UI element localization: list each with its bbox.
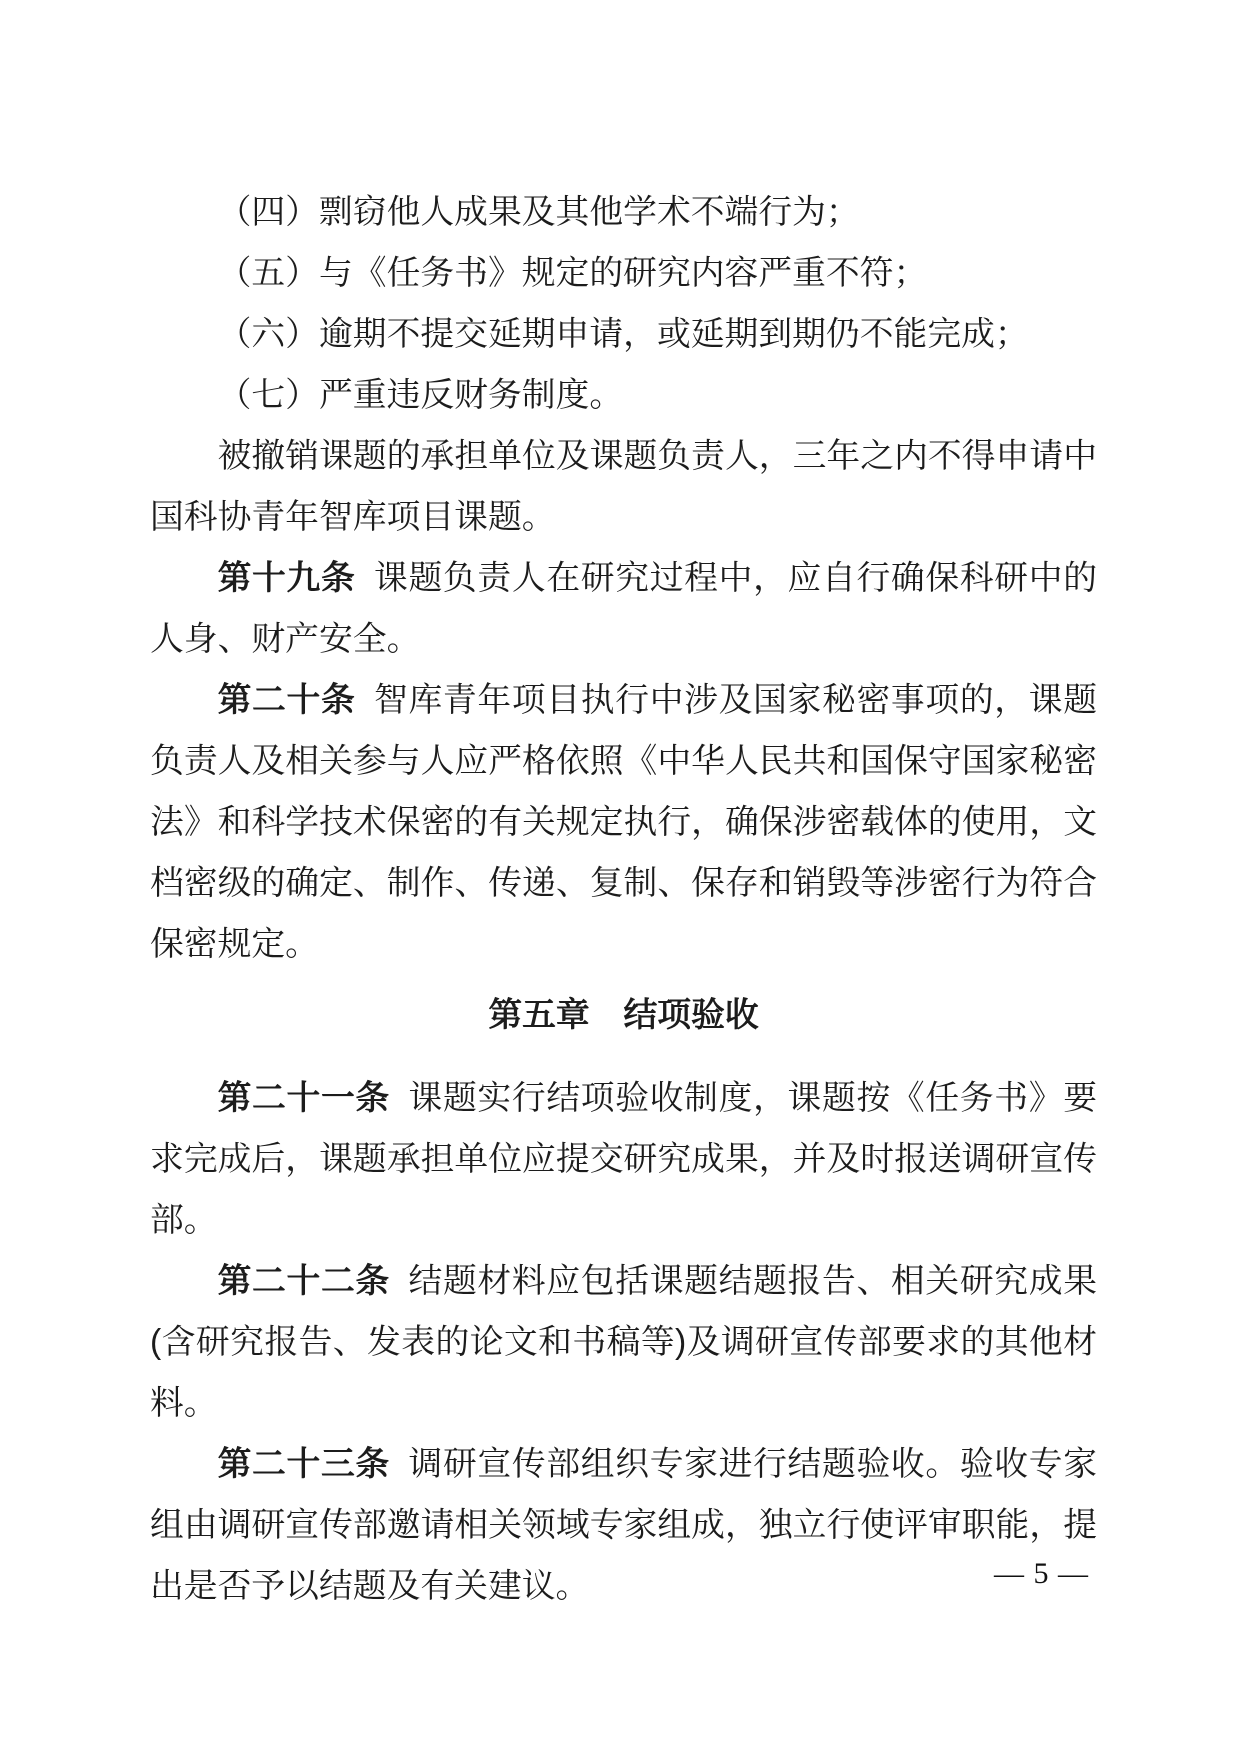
document-page: （四）剽窃他人成果及其他学术不端行为；（五）与《任务书》规定的研究内容严重不符；… (0, 0, 1241, 1754)
body-paragraph: 被撤销课题的承担单位及课题负责人，三年之内不得申请中国科协青年智库项目课题。 (150, 426, 1097, 548)
clause-paragraph: （四）剽窃他人成果及其他学术不端行为； (150, 182, 1097, 243)
clause-paragraph: （五）与《任务书》规定的研究内容严重不符； (150, 243, 1097, 304)
chapter-heading: 第五章 结项验收 (150, 985, 1097, 1046)
document-body: （四）剽窃他人成果及其他学术不端行为；（五）与《任务书》规定的研究内容严重不符；… (150, 182, 1097, 1617)
article-paragraph: 第二十一条课题实行结项验收制度，课题按《任务书》要求完成后，课题承担单位应提交研… (150, 1068, 1097, 1251)
article-number-label: 第二十三条 (218, 1445, 390, 1483)
article-paragraph: 第二十三条调研宣传部组织专家进行结题验收。验收专家组由调研宣传部邀请相关领域专家… (150, 1434, 1097, 1617)
paragraph-text: 智库青年项目执行中涉及国家秘密事项的，课题负责人及相关参与人应严格依照《中华人民… (150, 681, 1097, 963)
paragraph-text: （五）与《任务书》规定的研究内容严重不符； (218, 254, 928, 292)
article-paragraph: 第二十二条结题材料应包括课题结题报告、相关研究成果(含研究报告、发表的论文和书稿… (150, 1251, 1097, 1434)
paragraph-text: （六）逾期不提交延期申请，或延期到期仍不能完成； (218, 315, 1029, 353)
paragraph-text: （七）严重违反财务制度。 (218, 376, 624, 414)
paragraph-text: 被撤销课题的承担单位及课题负责人，三年之内不得申请中国科协青年智库项目课题。 (150, 437, 1097, 536)
article-number-label: 第二十二条 (218, 1262, 390, 1300)
clause-paragraph: （六）逾期不提交延期申请，或延期到期仍不能完成； (150, 304, 1097, 365)
article-number-label: 第二十一条 (218, 1079, 390, 1117)
clause-paragraph: （七）严重违反财务制度。 (150, 365, 1097, 426)
page-number: — 5 — (994, 1556, 1089, 1592)
article-number-label: 第十九条 (218, 559, 356, 597)
article-number-label: 第二十条 (218, 681, 356, 719)
paragraph-text: （四）剽窃他人成果及其他学术不端行为； (218, 193, 860, 231)
article-paragraph: 第十九条课题负责人在研究过程中，应自行确保科研中的人身、财产安全。 (150, 548, 1097, 670)
article-paragraph: 第二十条智库青年项目执行中涉及国家秘密事项的，课题负责人及相关参与人应严格依照《… (150, 670, 1097, 975)
